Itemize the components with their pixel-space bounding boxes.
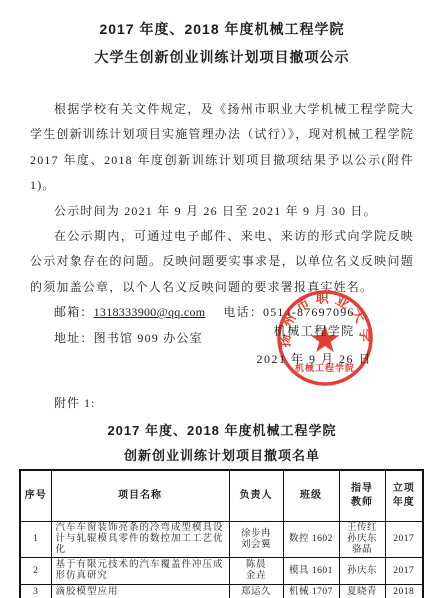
email-label: 邮箱： xyxy=(54,305,94,319)
cell-no: 3 xyxy=(20,585,51,598)
table-header-row: 序号 项目名称 负责人 班级 指导 教师 立项 年度 xyxy=(20,470,423,522)
header-year: 立项 年度 xyxy=(385,470,423,522)
cell-project-name: 汽车车窗装饰亮条的冷弯成型模具设计与轧辊模具零件的数控加工工艺优化 xyxy=(51,522,229,558)
signature-block: 机械工程学院 2021 年 9 月 26 日 xyxy=(256,317,372,373)
header-class: 班级 xyxy=(283,470,339,522)
document-title: 2017 年度、2018 年度机械工程学院 大学生创新创业训练计划项目撤项公示 xyxy=(0,0,444,71)
cell-year: 2017 xyxy=(385,558,423,585)
announcement-document: 2017 年度、2018 年度机械工程学院 大学生创新创业训练计划项目撤项公示 … xyxy=(0,0,444,598)
project-removal-table: 序号 项目名称 负责人 班级 指导 教师 立项 年度 1 汽车车窗装饰亮条的冷弯… xyxy=(19,469,424,598)
cell-project-name: 滴胶模型应用 xyxy=(51,585,229,598)
table-row: 2 基于有限元技术的汽车覆盖件冲压成形仿真研究 陈晨 金垚 模具 1601 孙庆… xyxy=(20,558,423,585)
cell-teacher: 王传红 孙庆东 骆晶 xyxy=(339,522,385,558)
cell-teacher: 夏晓青 xyxy=(339,585,385,598)
cell-class: 数控 1602 xyxy=(283,522,339,558)
address-value: 图书馆 909 办公室 xyxy=(94,331,203,345)
cell-class: 机械 1707 xyxy=(283,585,339,598)
table-title-line1: 2017 年度、2018 年度机械工程学院 xyxy=(0,418,444,443)
cell-leader: 陈晨 金垚 xyxy=(229,558,283,585)
cell-year: 2017 xyxy=(385,522,423,558)
cell-leader: 徐步冉 刘会翼 xyxy=(229,522,283,558)
signature-date: 2021 年 9 月 26 日 xyxy=(256,345,372,373)
cell-no: 2 xyxy=(20,558,51,585)
cell-year: 2018 xyxy=(385,585,423,598)
paragraph-basis: 根据学校有关文件规定，及《扬州市职业大学机械工程学院大学生创新训练计划项目实施管… xyxy=(30,97,414,199)
cell-class: 模具 1601 xyxy=(283,558,339,585)
table-title-line2: 创新创业训练计划项目撤项名单 xyxy=(0,443,444,468)
header-project-name: 项目名称 xyxy=(51,470,229,522)
cell-teacher: 孙庆东 xyxy=(339,558,385,585)
header-no: 序号 xyxy=(20,470,51,522)
document-title-line1: 2017 年度、2018 年度机械工程学院 xyxy=(0,15,444,43)
paragraph-period: 公示时间为 2021 年 9 月 26 日至 2021 年 9 月 30 日。 xyxy=(30,199,414,224)
signature-org: 机械工程学院 xyxy=(256,317,372,345)
table-row: 3 滴胶模型应用 郑运久 机械 1707 夏晓青 2018 xyxy=(20,585,423,598)
header-teacher: 指导 教师 xyxy=(339,470,385,522)
table-title: 2017 年度、2018 年度机械工程学院 创新创业训练计划项目撤项名单 xyxy=(0,418,444,468)
address-label: 地址： xyxy=(54,331,94,345)
cell-project-name: 基于有限元技术的汽车覆盖件冲压成形仿真研究 xyxy=(51,558,229,585)
document-title-line2: 大学生创新创业训练计划项目撤项公示 xyxy=(0,43,444,71)
attachment-label: 附件 1: xyxy=(30,397,414,410)
table-row: 1 汽车车窗装饰亮条的冷弯成型模具设计与轧辊模具零件的数控加工工艺优化 徐步冉 … xyxy=(20,522,423,558)
cell-leader: 郑运久 xyxy=(229,585,283,598)
cell-no: 1 xyxy=(20,522,51,558)
header-leader: 负责人 xyxy=(229,470,283,522)
email-link[interactable]: 1318333900@qq.com xyxy=(94,305,206,319)
